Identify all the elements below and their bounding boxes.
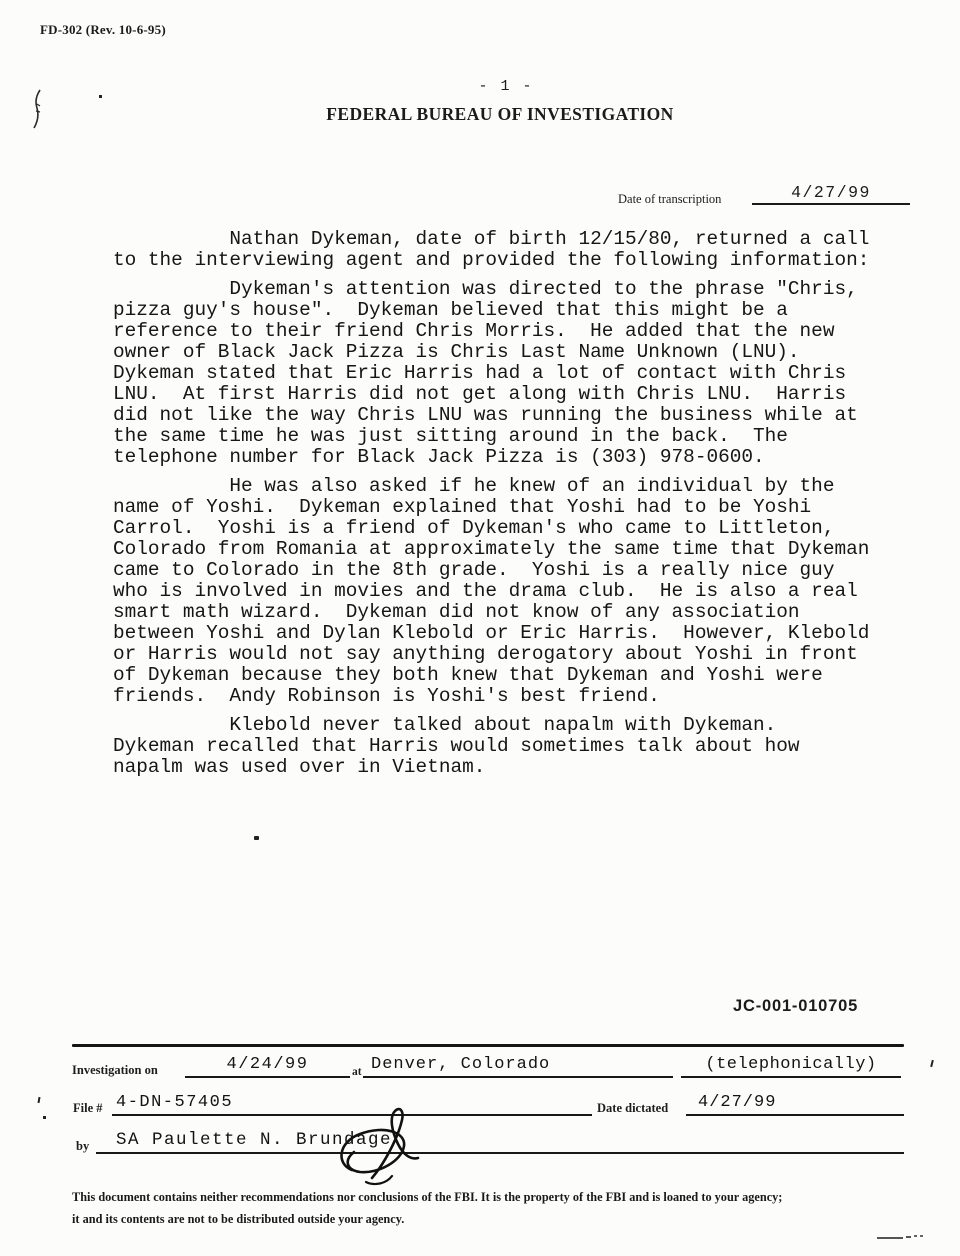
investigation-method-field: (telephonically) bbox=[681, 1055, 901, 1078]
bates-stamp: JC-001-010705 bbox=[733, 997, 858, 1016]
paragraph: Klebold never talked about napalm with D… bbox=[113, 715, 913, 778]
scan-artifact bbox=[99, 95, 102, 98]
disclaimer-line-1: This document contains neither recommend… bbox=[72, 1186, 932, 1208]
date-of-transcription-label: Date of transcription bbox=[618, 192, 721, 207]
date-dictated-label: Date dictated bbox=[597, 1101, 668, 1116]
text-line: who is involved in movies and the drama … bbox=[113, 581, 913, 602]
scan-artifact bbox=[906, 1236, 911, 1238]
form-number: FD-302 (Rev. 10-6-95) bbox=[40, 22, 166, 38]
text-line: smart math wizard. Dykeman did not know … bbox=[113, 602, 913, 623]
investigation-on-label: Investigation on bbox=[72, 1063, 158, 1078]
page-number: - 1 - bbox=[0, 78, 960, 95]
fd302-document: FD-302 (Rev. 10-6-95) - 1 - FEDERAL BURE… bbox=[0, 0, 960, 1256]
date-of-transcription-value: 4/27/99 bbox=[752, 183, 910, 205]
by-label: by bbox=[76, 1139, 89, 1154]
at-label: at bbox=[352, 1066, 362, 1078]
text-line: LNU. At first Harris did not get along w… bbox=[113, 384, 913, 405]
text-line: of Dykeman because they both knew that D… bbox=[113, 665, 913, 686]
scan-artifact bbox=[37, 1097, 40, 1103]
text-line: napalm was used over in Vietnam. bbox=[113, 757, 913, 778]
file-number-field: 4-DN-57405 bbox=[112, 1093, 592, 1116]
scan-artifact bbox=[920, 1235, 923, 1237]
paragraph: Nathan Dykeman, date of birth 12/15/80, … bbox=[113, 229, 913, 271]
investigation-date-field: 4/24/99 bbox=[185, 1055, 350, 1078]
text-line: Carrol. Yoshi is a friend of Dykeman's w… bbox=[113, 518, 913, 539]
scan-artifact bbox=[930, 1060, 934, 1067]
text-line: Nathan Dykeman, date of birth 12/15/80, … bbox=[113, 229, 913, 250]
footer-divider bbox=[72, 1044, 904, 1047]
text-line: telephone number for Black Jack Pizza is… bbox=[113, 447, 913, 468]
agent-name-field: SA Paulette N. Brundage bbox=[96, 1130, 904, 1154]
text-line: name of Yoshi. Dykeman explained that Yo… bbox=[113, 497, 913, 518]
investigation-location-field: Denver, Colorado bbox=[363, 1055, 673, 1078]
file-number-label: File # bbox=[73, 1101, 103, 1116]
page-title: FEDERAL BUREAU OF INVESTIGATION bbox=[0, 104, 960, 125]
text-line: the same time he was just sitting around… bbox=[113, 426, 913, 447]
text-line: Dykeman stated that Eric Harris had a lo… bbox=[113, 363, 913, 384]
text-line: Colorado from Romania at approximately t… bbox=[113, 539, 913, 560]
paragraph: He was also asked if he knew of an indiv… bbox=[113, 476, 913, 707]
body-text: Nathan Dykeman, date of birth 12/15/80, … bbox=[113, 229, 913, 786]
text-line: to the interviewing agent and provided t… bbox=[113, 250, 913, 271]
text-line: owner of Black Jack Pizza is Chris Last … bbox=[113, 342, 913, 363]
text-line: between Yoshi and Dylan Klebold or Eric … bbox=[113, 623, 913, 644]
scan-artifact bbox=[914, 1235, 917, 1237]
disclaimer-line-2: it and its contents are not to be distri… bbox=[72, 1208, 932, 1230]
text-line: pizza guy's house". Dykeman believed tha… bbox=[113, 300, 913, 321]
text-line: Dykeman recalled that Harris would somet… bbox=[113, 736, 913, 757]
text-line: did not like the way Chris LNU was runni… bbox=[113, 405, 913, 426]
date-dictated-field: 4/27/99 bbox=[686, 1093, 904, 1116]
text-line: came to Colorado in the 8th grade. Yoshi… bbox=[113, 560, 913, 581]
scan-artifact bbox=[254, 836, 259, 840]
disclaimer-text: This document contains neither recommend… bbox=[72, 1186, 932, 1230]
text-line: friends. Andy Robinson is Yoshi's best f… bbox=[113, 686, 913, 707]
scan-artifact bbox=[43, 1116, 46, 1119]
text-line: or Harris would not say anything derogat… bbox=[113, 644, 913, 665]
text-line: Dykeman's attention was directed to the … bbox=[113, 279, 913, 300]
text-line: He was also asked if he knew of an indiv… bbox=[113, 476, 913, 497]
text-line: reference to their friend Chris Morris. … bbox=[113, 321, 913, 342]
text-line: Klebold never talked about napalm with D… bbox=[113, 715, 913, 736]
scan-artifact bbox=[877, 1237, 903, 1239]
paragraph: Dykeman's attention was directed to the … bbox=[113, 279, 913, 468]
